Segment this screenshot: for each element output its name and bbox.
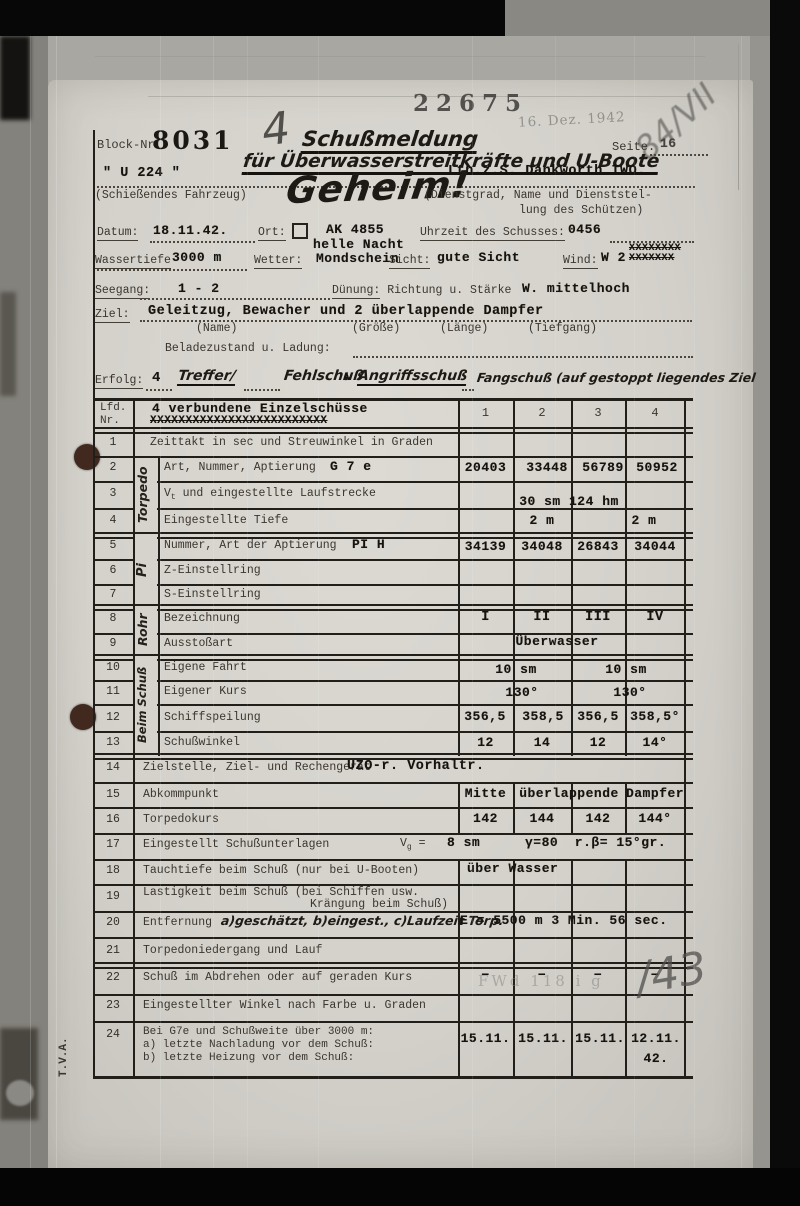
dotted-rule — [97, 267, 247, 271]
beladung-label: Beladezustand u. Ladung: — [165, 342, 331, 355]
scan-dark-patch — [0, 36, 30, 120]
table-line — [93, 584, 693, 586]
cell-value: 356,5 — [456, 709, 514, 724]
scan-dark-patch — [0, 1028, 38, 1120]
row-label: Eigene Fahrt — [164, 661, 247, 674]
table-line — [93, 481, 693, 483]
scan-smudge — [6, 1080, 34, 1106]
cell-value: 56789 — [576, 460, 630, 475]
table-note-crossed: XXXXXXXXXXXXXXXXXXXXXXXXX — [150, 415, 328, 427]
table-line — [93, 994, 693, 996]
erfolg-marker: A — [343, 372, 350, 384]
table-line — [93, 427, 693, 434]
row17-vg: Vg = — [400, 837, 426, 852]
row-number: 4 — [93, 514, 133, 527]
row-label: Bezeichnung — [164, 612, 240, 625]
row-label: Art, Nummer, Aptierung — [164, 461, 316, 474]
wetter-value-line1: helle Nacht — [313, 237, 404, 252]
table-line — [93, 1076, 693, 1079]
serial-number-stamp: 22675 — [413, 90, 528, 117]
col-header-2: 2 — [513, 406, 571, 420]
table-line — [93, 654, 693, 661]
erfolg-treffer: Treffer/ — [177, 368, 237, 386]
lfd-header-line2: Nr. — [100, 415, 120, 427]
cell-value-span: 10 sm — [597, 662, 655, 677]
datum-label: Datum: — [97, 226, 138, 241]
cell-value: III — [571, 610, 625, 625]
row-label: Ausstoßart — [164, 637, 233, 650]
row-number: 6 — [93, 564, 133, 577]
sicht-value: gute Sicht — [437, 250, 520, 265]
sicht-label: Sicht: — [389, 254, 430, 269]
dotted-rule — [146, 387, 172, 391]
ziel-label: Ziel: — [95, 308, 130, 323]
row-number: 18 — [93, 864, 133, 877]
officer-caption-line2: lung des Schützen) — [519, 204, 643, 217]
erfolg-fehlschuss: Fehlschuß — [283, 368, 364, 384]
duenung-value: W. mittelhoch — [522, 281, 630, 296]
ziel-caption-laenge: (Länge) — [440, 322, 488, 335]
row-label: S-Einstellring — [164, 588, 261, 601]
cell-value: 34044 — [625, 539, 685, 554]
cell-value: 12 — [571, 735, 625, 750]
dotted-rule — [650, 152, 708, 156]
wind-label: Wind: — [563, 254, 598, 269]
cell-value-span: 30 sm 124 hm — [508, 494, 630, 509]
scanned-document: 22675 16. Dez. 1942 84/VII 4 Block-Nr. 8… — [0, 0, 800, 1206]
duenung-label-word: Dünung: — [332, 284, 380, 299]
row-number: 3 — [93, 487, 133, 500]
handwritten-number: 4 — [259, 102, 293, 156]
table-line — [513, 398, 515, 756]
scan-dark-patch — [0, 292, 16, 396]
cell-value: 142 — [458, 811, 513, 826]
row-label: Krängung beim Schuß) — [310, 898, 448, 911]
cell-value: 34048 — [513, 539, 571, 554]
row-label: b) letzte Heizung vor dem Schuß: — [143, 1052, 354, 1064]
cell-value: IV — [625, 610, 685, 625]
vessel-caption: (Schießendes Fahrzeug) — [95, 189, 247, 202]
cell-value: Mitte — [458, 786, 513, 801]
officer-caption-line1: (Dienstgrad, Name und Dienststel- — [424, 189, 652, 202]
cell-value: 356,5 — [570, 709, 626, 724]
row-label: Torpedoniedergang und Lauf — [143, 944, 322, 957]
table-line — [625, 398, 627, 756]
row-number: 1 — [93, 436, 133, 449]
row-label-part: V — [164, 487, 171, 500]
row-label: Tauchtiefe beim Schuß (nur bei U-Booten) — [143, 864, 419, 877]
cell-value: 14° — [625, 735, 685, 750]
row-label: Nummer, Art der Aptierung — [164, 539, 337, 552]
wassertiefe-value: 3000 m — [172, 250, 222, 265]
row-label-part: = — [412, 837, 426, 850]
cell-value: 144 — [513, 811, 571, 826]
table-line — [571, 398, 573, 756]
lfd-header-line1: Lfd. — [100, 402, 126, 414]
dotted-rule — [140, 296, 330, 300]
cell-value-span: überlappende — [512, 786, 626, 801]
cell-value: 358,5 — [514, 709, 572, 724]
table-line — [93, 559, 693, 561]
cell-value: 20403 — [458, 460, 513, 475]
row-label: Z-Einstellring — [164, 564, 261, 577]
row-label: Entfernung — [143, 916, 212, 929]
table-line — [458, 398, 460, 756]
uhrzeit-label: Uhrzeit des Schusses: — [420, 226, 565, 241]
row-number: 24 — [93, 1028, 133, 1041]
seegang-value: 1 - 2 — [178, 281, 220, 296]
table-line — [93, 937, 693, 939]
table-line — [93, 532, 693, 539]
row-label: Eingestellter Winkel nach Farbe u. Grade… — [143, 999, 426, 1012]
cell-value: 33448 — [518, 460, 576, 475]
group-label-pi: Pi — [135, 537, 157, 603]
form-title-line1: Schußmeldung — [300, 127, 479, 154]
cell-value-span: 130° — [602, 685, 658, 700]
block-nr-value: 8031 — [152, 126, 234, 155]
typed-entry-vg: 8 sm — [447, 835, 480, 850]
row-label: Eingestellte Tiefe — [164, 514, 288, 527]
typed-entry-entfernung: E = 5500 m 3 Min. 56 sec. — [460, 913, 668, 928]
typed-entry-schussunterlagen: γ=80 r.β= 15°gr. — [525, 835, 666, 850]
scan-left-margin — [0, 36, 48, 1168]
row-number: 17 — [93, 838, 133, 851]
cell-value: 15.11. — [572, 1031, 628, 1046]
secret-stamp: Geheim! — [283, 163, 472, 212]
ziel-value: Geleitzug, Bewacher und 2 überlappende D… — [148, 304, 544, 319]
table-line — [93, 859, 693, 861]
cell-value-span: 130° — [494, 685, 550, 700]
row-label-part: V — [400, 837, 407, 850]
cell-value: 358,5° — [624, 709, 686, 724]
ziel-caption-tiefgang: (Tiefgang) — [528, 322, 597, 335]
scan-border-bottom — [0, 1168, 800, 1206]
col-header-3: 3 — [571, 406, 625, 420]
cell-value: 34139 — [458, 539, 513, 554]
row-number: 14 — [93, 761, 133, 774]
table-line — [158, 456, 160, 756]
group-label-torpedo: Torpedo — [135, 459, 157, 531]
cell-value: 14 — [513, 735, 571, 750]
margin-vertical-label: T.V.A. — [58, 1015, 70, 1077]
row-label: Eigener Kurs — [164, 685, 247, 698]
typed-entry-zielstelle: UZO-r. Vorhaltr. — [347, 759, 485, 774]
seite-value: 16 — [660, 136, 677, 151]
vessel-value: " U 224 " — [103, 166, 180, 181]
cell-value: 2 m — [622, 513, 666, 528]
group-label-rohr: Rohr — [135, 608, 157, 652]
table-line — [93, 704, 693, 706]
cell-value: 15.11. — [458, 1031, 513, 1046]
cell-value: II — [513, 610, 571, 625]
row-number: 13 — [93, 736, 133, 749]
officer-value: Ltn.z.S. Dankworth IWO. — [448, 164, 646, 179]
wetter-value-line2: Mondschein — [316, 251, 399, 266]
erfolg-value: 4 — [152, 370, 161, 386]
cell-value: Dampfer — [624, 786, 686, 801]
cell-value: 12.11. — [626, 1031, 686, 1046]
row-number: 23 — [93, 999, 133, 1012]
typed-entry-pi-type: PI H — [352, 537, 385, 552]
row-number: 5 — [93, 539, 133, 552]
table-line — [93, 1021, 693, 1023]
wind-value: W 2 — [601, 250, 626, 265]
duenung-label: Dünung: Richtung u. Stärke — [332, 284, 511, 297]
cell-value: 42. — [634, 1051, 678, 1066]
dotted-rule — [353, 354, 693, 358]
scan-border-top — [0, 0, 505, 36]
sheet-edge — [738, 44, 739, 190]
scan-border-right — [770, 0, 800, 1206]
datum-value: 18.11.42. — [153, 223, 228, 238]
row-number: 21 — [93, 944, 133, 957]
row-label: a) letzte Nachladung vor dem Schuß: — [143, 1039, 374, 1051]
row-number: 16 — [93, 813, 133, 826]
ort-checkbox — [292, 223, 308, 239]
row-label: Vt und eingestellte Laufstrecke — [164, 487, 376, 502]
row-number: 12 — [93, 711, 133, 724]
scan-border-top-right — [505, 0, 800, 36]
row-label: Zielstelle, Ziel- und Rechengerät — [143, 761, 371, 774]
table-line — [93, 807, 693, 809]
row-number: 7 — [93, 588, 133, 601]
ort-value: AK 4855 — [326, 222, 384, 237]
cell-value-span: Überwasser — [498, 634, 616, 649]
table-note-line1: 4 verbundene Einzelschüsse — [152, 401, 368, 416]
cell-value: 15.11. — [514, 1031, 572, 1046]
erfolg-fangschuss: Fangschuß (auf gestoppt liegendes Ziel — [476, 370, 756, 385]
cell-value: 2 m — [520, 513, 564, 528]
row-number: 10 — [93, 661, 133, 674]
ziel-caption-name: (Name) — [196, 322, 237, 335]
row-number: 9 — [93, 637, 133, 650]
table-line — [93, 456, 693, 458]
erfolg-angriffsschuss: Angriffsschuß — [357, 368, 468, 386]
row-label: Torpedokurs — [143, 813, 219, 826]
cell-value: 26843 — [571, 539, 625, 554]
scan-right-margin — [750, 36, 772, 1168]
dotted-rule — [244, 387, 280, 391]
seite-label: Seite. — [612, 140, 655, 154]
group-label-beim-schuss: Beim Schuß — [135, 658, 157, 752]
wetter-label: Wetter: — [254, 254, 302, 269]
row-number: 19 — [93, 890, 133, 903]
duenung-label-rest: Richtung u. Stärke — [380, 284, 511, 297]
cell-value-span: 10 sm — [487, 662, 545, 677]
dotted-rule — [462, 387, 474, 391]
typed-entry-torpedo-type: G 7 e — [330, 459, 372, 474]
row-label-part: und eingestellte Laufstrecke — [176, 487, 376, 500]
row-label: Abkommpunkt — [143, 788, 219, 801]
row-number: 15 — [93, 788, 133, 801]
row-label: Eingestellt Schußunterlagen — [143, 838, 329, 851]
table-line — [93, 782, 693, 784]
erfolg-label: Erfolg: — [95, 374, 143, 389]
row-label: Bei G7e und Schußweite über 3000 m: — [143, 1026, 374, 1038]
col-header-1: 1 — [458, 406, 513, 420]
cell-value: 12 — [458, 735, 513, 750]
cell-value: 144° — [625, 811, 685, 826]
table-line — [93, 731, 693, 733]
crossed-text: XXXXXXX — [629, 254, 681, 264]
row-label: Schußwinkel — [164, 736, 240, 749]
col-header-4: 4 — [625, 406, 685, 420]
row-label: Zeittakt in sec und Streuwinkel in Grade… — [150, 436, 433, 449]
faint-stamp: FWd 118 i g — [478, 972, 604, 990]
cell-value: 50952 — [627, 460, 687, 475]
cell-value: 142 — [571, 811, 625, 826]
dotted-rule — [150, 239, 255, 243]
row-number: 2 — [93, 461, 133, 474]
table-line — [93, 680, 693, 682]
ziel-caption-groesse: (Größe) — [352, 322, 400, 335]
cell-value: I — [458, 610, 513, 625]
row-label: Schiffspeilung — [164, 711, 261, 724]
typed-entry-tauchtiefe: über Wasser — [467, 861, 558, 876]
row-number: 22 — [93, 971, 133, 984]
ort-label: Ort: — [258, 226, 286, 241]
row-number: 20 — [93, 916, 133, 929]
sheet-edge — [95, 56, 705, 57]
row-number: 11 — [93, 685, 133, 698]
row-label: Schuß im Abdrehen oder auf geraden Kurs — [143, 971, 412, 984]
scan-top-margin — [48, 36, 752, 84]
wind-crossed-out: XXXXXXXX XXXXXXX — [629, 244, 681, 264]
uhrzeit-value: 0456 — [568, 222, 601, 237]
row-number: 8 — [93, 612, 133, 625]
